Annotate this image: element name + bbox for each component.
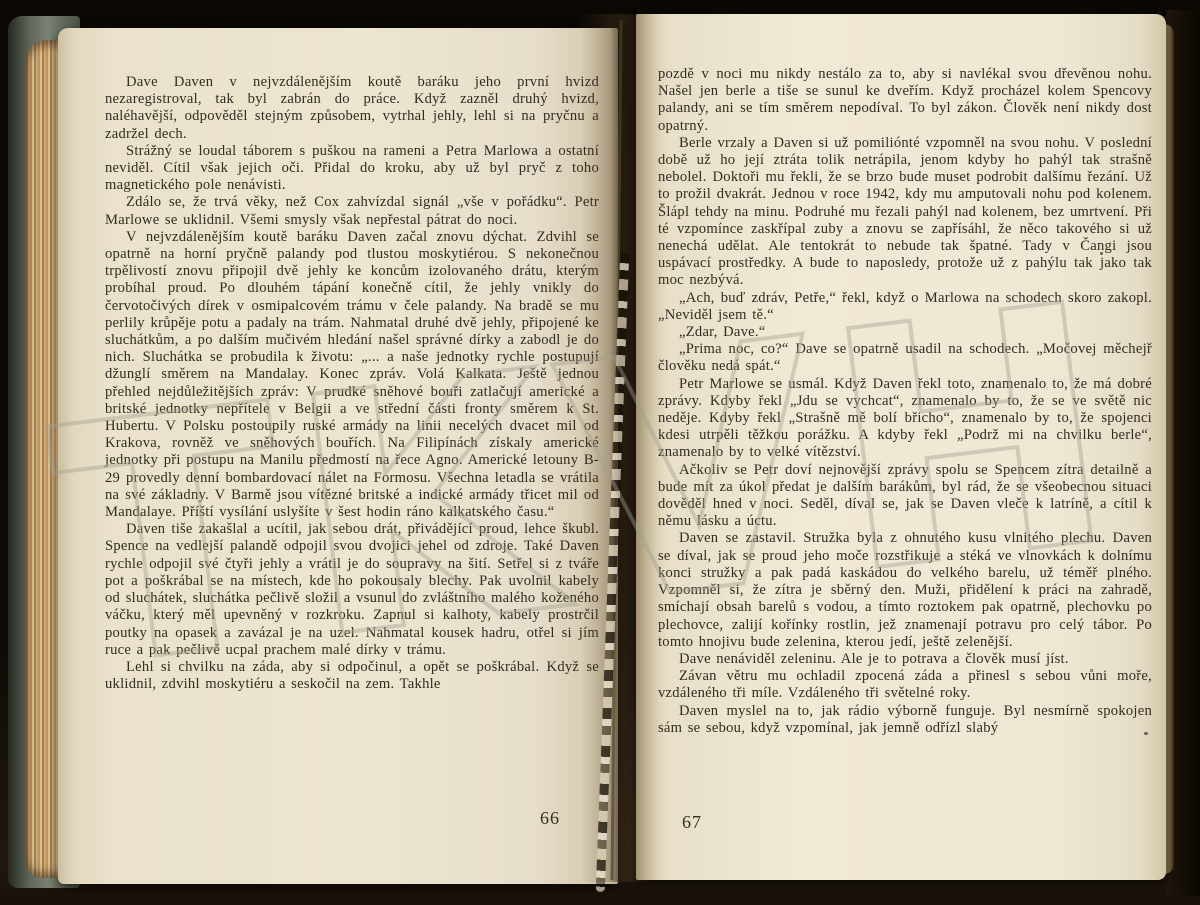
page-number-left: 66 (540, 808, 560, 829)
paragraph: Berle vrzaly a Daven si už pomiliónté vz… (658, 135, 1152, 290)
paragraph: Závan větru mu ochladil zpocená záda a p… (658, 668, 1152, 702)
paragraph: „Zdar, Dave.“ (658, 324, 1152, 341)
dust-speck (1144, 732, 1148, 735)
dust-speck (1100, 252, 1103, 255)
right-page: pozdě v noci mu nikdy nestálo za to, aby… (636, 14, 1166, 880)
paragraph: Petr Marlowe se usmál. Když Daven řekl t… (658, 376, 1152, 462)
paragraph: „Prima noc, co?“ Dave se opatrně usadil … (658, 341, 1152, 375)
paragraph: Daven myslel na to, jak rádio výborně fu… (658, 703, 1152, 737)
paragraph: Lehl si chvilku na záda, aby si odpočinu… (105, 659, 599, 693)
page-number-right: 67 (682, 812, 702, 833)
paragraph: Daven se zastavil. Stružka byla z ohnuté… (658, 530, 1152, 650)
paragraph: Dave Daven v nejvzdálenějším koutě barák… (105, 74, 599, 143)
paragraph: V nejvzdálenějším koutě baráku Daven zač… (105, 229, 599, 521)
left-page: Dave Daven v nejvzdálenějším koutě barák… (58, 28, 618, 884)
paragraph: Strážný se loudal táborem s puškou na ra… (105, 143, 599, 195)
left-page-text: Dave Daven v nejvzdálenějším koutě barák… (105, 74, 599, 693)
paragraph: Daven tiše zakašlal a ucítil, jak sebou … (105, 521, 599, 659)
paragraph: Dave nenáviděl zeleninu. Ale je to potra… (658, 651, 1152, 668)
book-photo: Dave Daven v nejvzdálenějším koutě barák… (0, 0, 1200, 905)
paragraph: Ačkoliv se Petr doví nejnovější zprávy s… (658, 462, 1152, 531)
paragraph: pozdě v noci mu nikdy nestálo za to, aby… (658, 66, 1152, 135)
paragraph: „Ach, buď zdráv, Petře,“ řekl, když o Ma… (658, 290, 1152, 324)
paragraph: Zdálo se, že trvá věky, než Cox zahvízda… (105, 194, 599, 228)
right-page-text: pozdě v noci mu nikdy nestálo za to, aby… (658, 66, 1152, 737)
